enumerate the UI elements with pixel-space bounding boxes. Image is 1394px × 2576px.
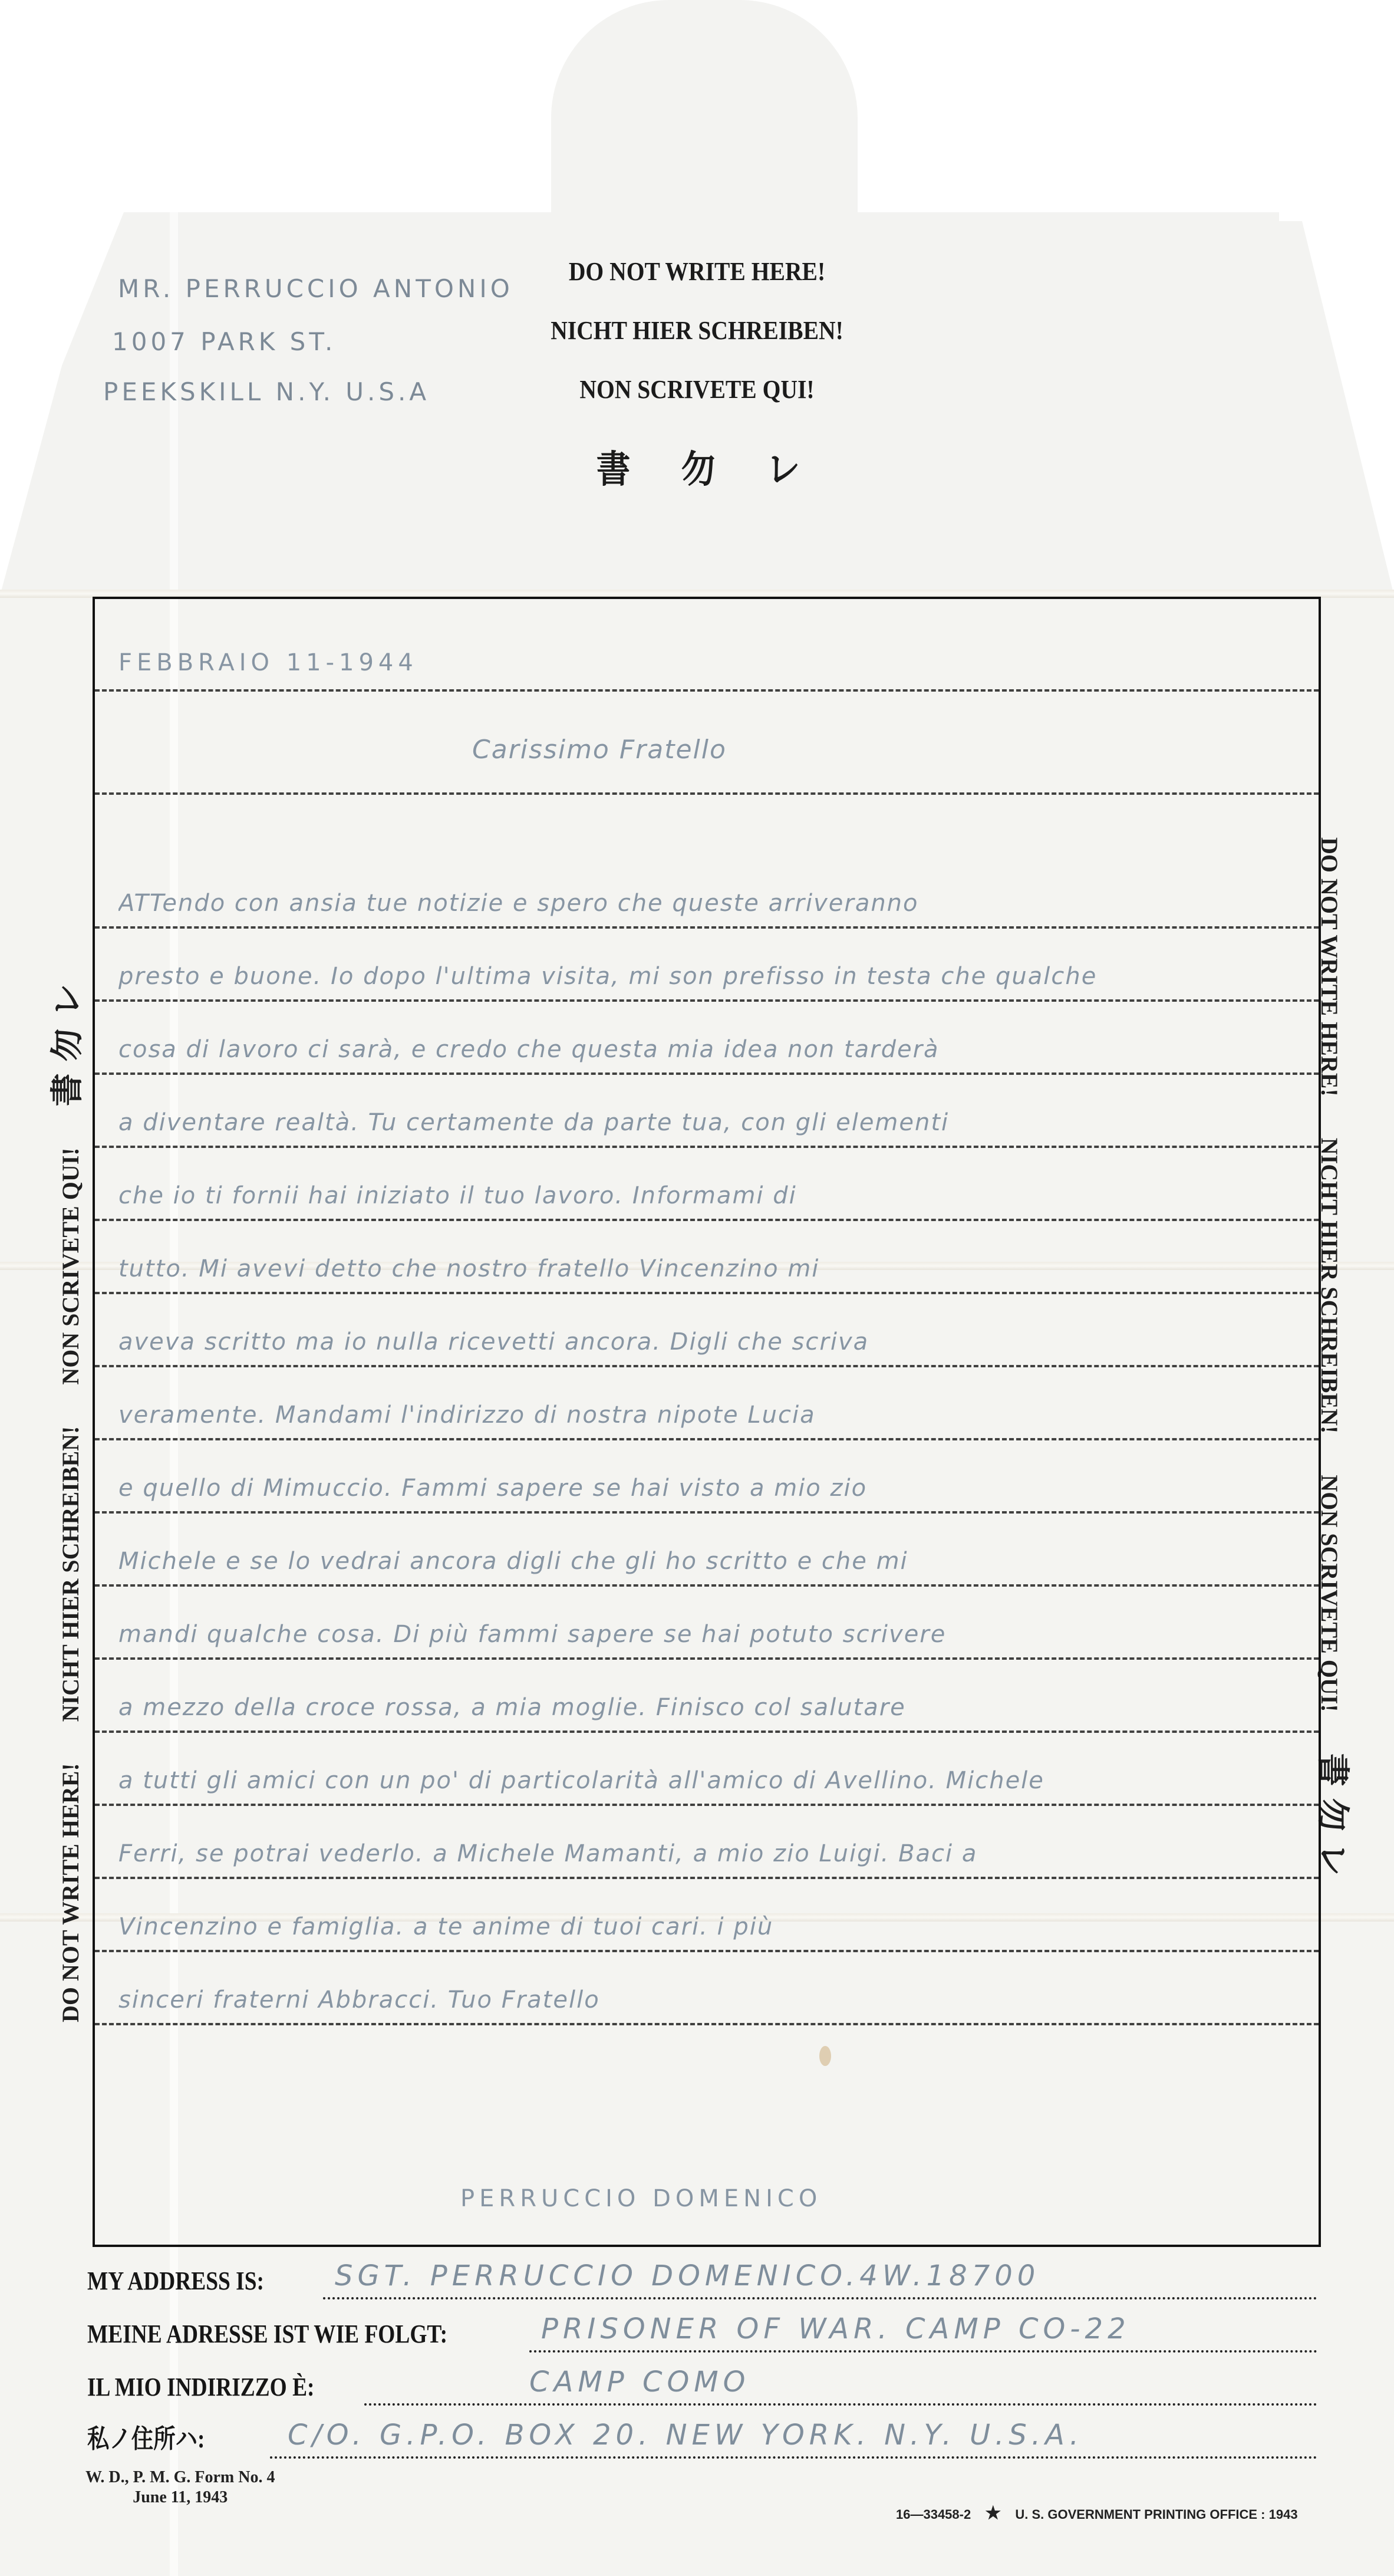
ruled-line [95, 1804, 1319, 1806]
il-mio-indirizzo-field: IL MIO INDIRIZZO È: CAMP COMO [87, 2364, 1317, 2406]
side-german: NICHT HIER SCHREIBEN! [57, 1426, 84, 1722]
recipient-city: PEEKSKILL N.Y. U.S.A [103, 377, 430, 406]
letter-line: presto e buone. Io dopo l'ultima visita,… [118, 963, 1301, 990]
ruled-line [95, 1877, 1319, 1879]
field-label: MY ADDRESS IS: [87, 2266, 264, 2296]
field-label: MEINE ADRESSE IST WIE FOLGT: [87, 2319, 447, 2349]
ruled-line [95, 1950, 1319, 1952]
ruled-line [95, 999, 1319, 1002]
ruled-line [95, 2023, 1319, 2025]
field-value: SGT. PERRUCCIO DOMENICO.4W.18700 [335, 2259, 1040, 2292]
letter-signature: PERRUCCIO DOMENICO [460, 2185, 1301, 2212]
field-label: 私ノ住所ハ: [87, 2417, 205, 2455]
letter-line: tutto. Mi avevi detto che nostro fratell… [118, 1255, 1301, 1282]
do-not-write-japanese: 書 勿 レ [81, 439, 1336, 494]
letter-line: sinceri fraterni Abbracci. Tuo Fratello [118, 1986, 1301, 2014]
printing-imprint: 16—33458-2 ★ U. S. GOVERNMENT PRINTING O… [896, 2503, 1298, 2524]
ruled-line [95, 1072, 1319, 1075]
ruled-line [95, 926, 1319, 929]
my-address-field: MY ADDRESS IS: SGT. PERRUCCIO DOMENICO.4… [87, 2258, 1317, 2299]
field-value: CAMP COMO [529, 2366, 750, 2399]
letter-writing-area: FEBBRAIO 11-1944 Carissimo Fratello PERR… [93, 597, 1321, 2247]
ruled-line [95, 1219, 1319, 1221]
letter-salutation: Carissimo Fratello [472, 735, 1301, 765]
side-italian: NON SCRIVETE QUI! [57, 1147, 84, 1384]
letter-line: mandi qualche cosa. Di più fammi sapere … [118, 1621, 1301, 1648]
field-value: C/O. G.P.O. BOX 20. NEW YORK. N.Y. U.S.A… [288, 2419, 1083, 2452]
recipient-name: MR. PERRUCCIO ANTONIO [118, 274, 513, 303]
letter-date: FEBBRAIO 11-1944 [118, 649, 1301, 676]
japanese-address-field: 私ノ住所ハ: C/O. G.P.O. BOX 20. NEW YORK. N.Y… [87, 2417, 1317, 2459]
letter-line: Ferri, se potrai vederlo. a Michele Mama… [118, 1840, 1301, 1867]
field-rule [529, 2350, 1317, 2353]
ruled-line [95, 1731, 1319, 1733]
letter-line: ATTendo con ansia tue notizie e spero ch… [118, 890, 1301, 917]
meine-adresse-field: MEINE ADRESSE IST WIE FOLGT: PRISONER OF… [87, 2311, 1317, 2353]
field-rule [323, 2297, 1317, 2299]
letter-line: a tutti gli amici con un po' di particol… [118, 1767, 1301, 1794]
letter-line: aveva scritto ma io nulla ricevetti anco… [118, 1328, 1301, 1356]
ruled-line [95, 1584, 1319, 1587]
letter-line: veramente. Mandami l'indirizzo di nostra… [118, 1401, 1301, 1429]
form-date: June 11, 1943 [85, 2488, 275, 2508]
ruled-line [95, 689, 1319, 692]
ruled-line [95, 792, 1319, 795]
field-rule [364, 2403, 1317, 2406]
letter-line: a diventare realtà. Tu certamente da par… [118, 1109, 1301, 1136]
letter-line: Vincenzino e famiglia. a te anime di tuo… [118, 1913, 1301, 1940]
letter-line: cosa di lavoro ci sarà, e credo che ques… [118, 1036, 1301, 1063]
ruled-line [95, 1438, 1319, 1440]
ruled-line [95, 1365, 1319, 1367]
letter-line: e quello di Mimuccio. Fammi sapere se ha… [118, 1475, 1301, 1502]
form-number: W. D., P. M. G. Form No. 4 [85, 2468, 275, 2488]
star-icon: ★ [985, 2503, 1001, 2523]
recipient-street: 1007 PARK ST. [112, 327, 336, 356]
ruled-line [95, 1511, 1319, 1514]
letter-line: che io ti fornii hai iniziato il tuo lav… [118, 1182, 1301, 1209]
print-code: 16—33458-2 [896, 2507, 971, 2522]
paper-stain [819, 2046, 831, 2066]
letter-line: a mezzo della croce rossa, a mia moglie.… [118, 1694, 1301, 1721]
print-office: U. S. GOVERNMENT PRINTING OFFICE : 1943 [1015, 2507, 1297, 2522]
field-value: PRISONER OF WAR. CAMP CO-22 [541, 2312, 1131, 2345]
letter-line: Michele e se lo vedrai ancora digli che … [118, 1548, 1301, 1575]
ruled-line [95, 1292, 1319, 1294]
side-english: DO NOT WRITE HERE! [57, 1763, 84, 2022]
ruled-line [95, 1657, 1319, 1660]
side-japanese: 書勿レ [50, 972, 86, 1106]
form-number-block: W. D., P. M. G. Form No. 4 June 11, 1943 [85, 2468, 275, 2508]
ruled-line [95, 1146, 1319, 1148]
field-label: IL MIO INDIRIZZO È: [87, 2372, 315, 2402]
field-rule [270, 2456, 1317, 2459]
side-text-left: DO NOT WRITE HERE! NICHT HIER SCHREIBEN!… [41, 972, 88, 2022]
envelope-flap-tab [551, 0, 858, 224]
